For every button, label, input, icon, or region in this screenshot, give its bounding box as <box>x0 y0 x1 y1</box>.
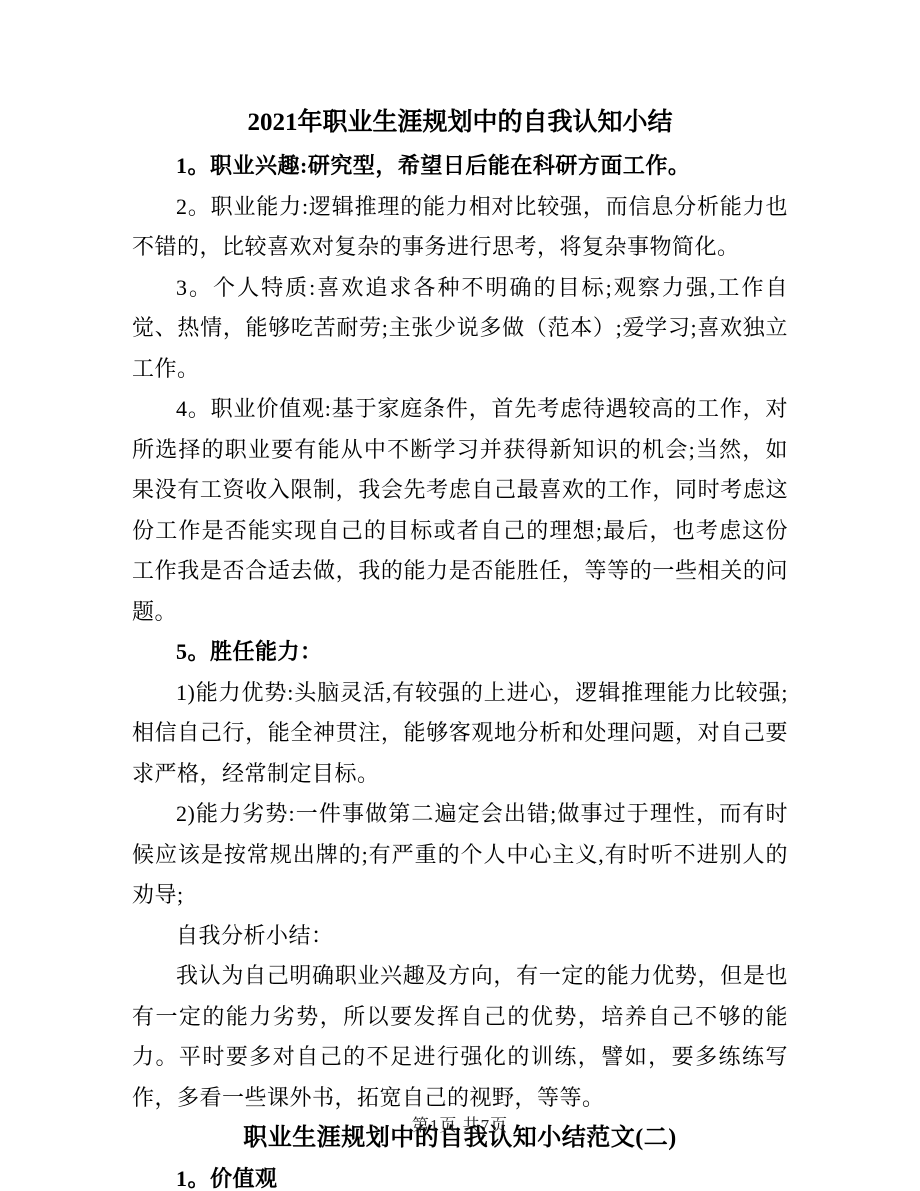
paragraph: 1。职业兴趣:研究型，希望日后能在科研方面工作。 <box>132 146 788 187</box>
paragraph: 2。职业能力:逻辑推理的能力相对比较强，而信息分析能力也不错的，比较喜欢对复杂的… <box>132 187 788 268</box>
paragraph: 3。个人特质:喜欢追求各种不明确的目标;观察力强,工作自觉、热情，能够吃苦耐劳;… <box>132 268 788 390</box>
document-content: 2021年职业生涯规划中的自我认知小结 1。职业兴趣:研究型，希望日后能在科研方… <box>132 100 788 1191</box>
paragraph: 我认为自己明确职业兴趣及方向，有一定的能力优势，但是也有一定的能力劣势，所以要发… <box>132 956 788 1118</box>
page-footer: 第1页 共7页 <box>0 1111 920 1136</box>
document-page: 2021年职业生涯规划中的自我认知小结 1。职业兴趣:研究型，希望日后能在科研方… <box>0 0 920 1191</box>
paragraph: 4。职业价值观:基于家庭条件，首先考虑待遇较高的工作，对所选择的职业要有能从中不… <box>132 389 788 632</box>
paragraph: 1)能力优势:头脑灵活,有较强的上进心，逻辑推理能力比较强;相信自己行，能全神贯… <box>132 673 788 795</box>
paragraph: 5。胜任能力： <box>132 632 788 673</box>
paragraph: 2)能力劣势:一件事做第二遍定会出错;做事过于理性，而有时候应该是按常规出牌的;… <box>132 794 788 916</box>
paragraph: 自我分析小结： <box>132 916 788 957</box>
document-body: 1。职业兴趣:研究型，希望日后能在科研方面工作。2。职业能力:逻辑推理的能力相对… <box>132 146 788 1191</box>
document-title: 2021年职业生涯规划中的自我认知小结 <box>132 100 788 146</box>
paragraph: 1。价值观 <box>132 1159 788 1191</box>
